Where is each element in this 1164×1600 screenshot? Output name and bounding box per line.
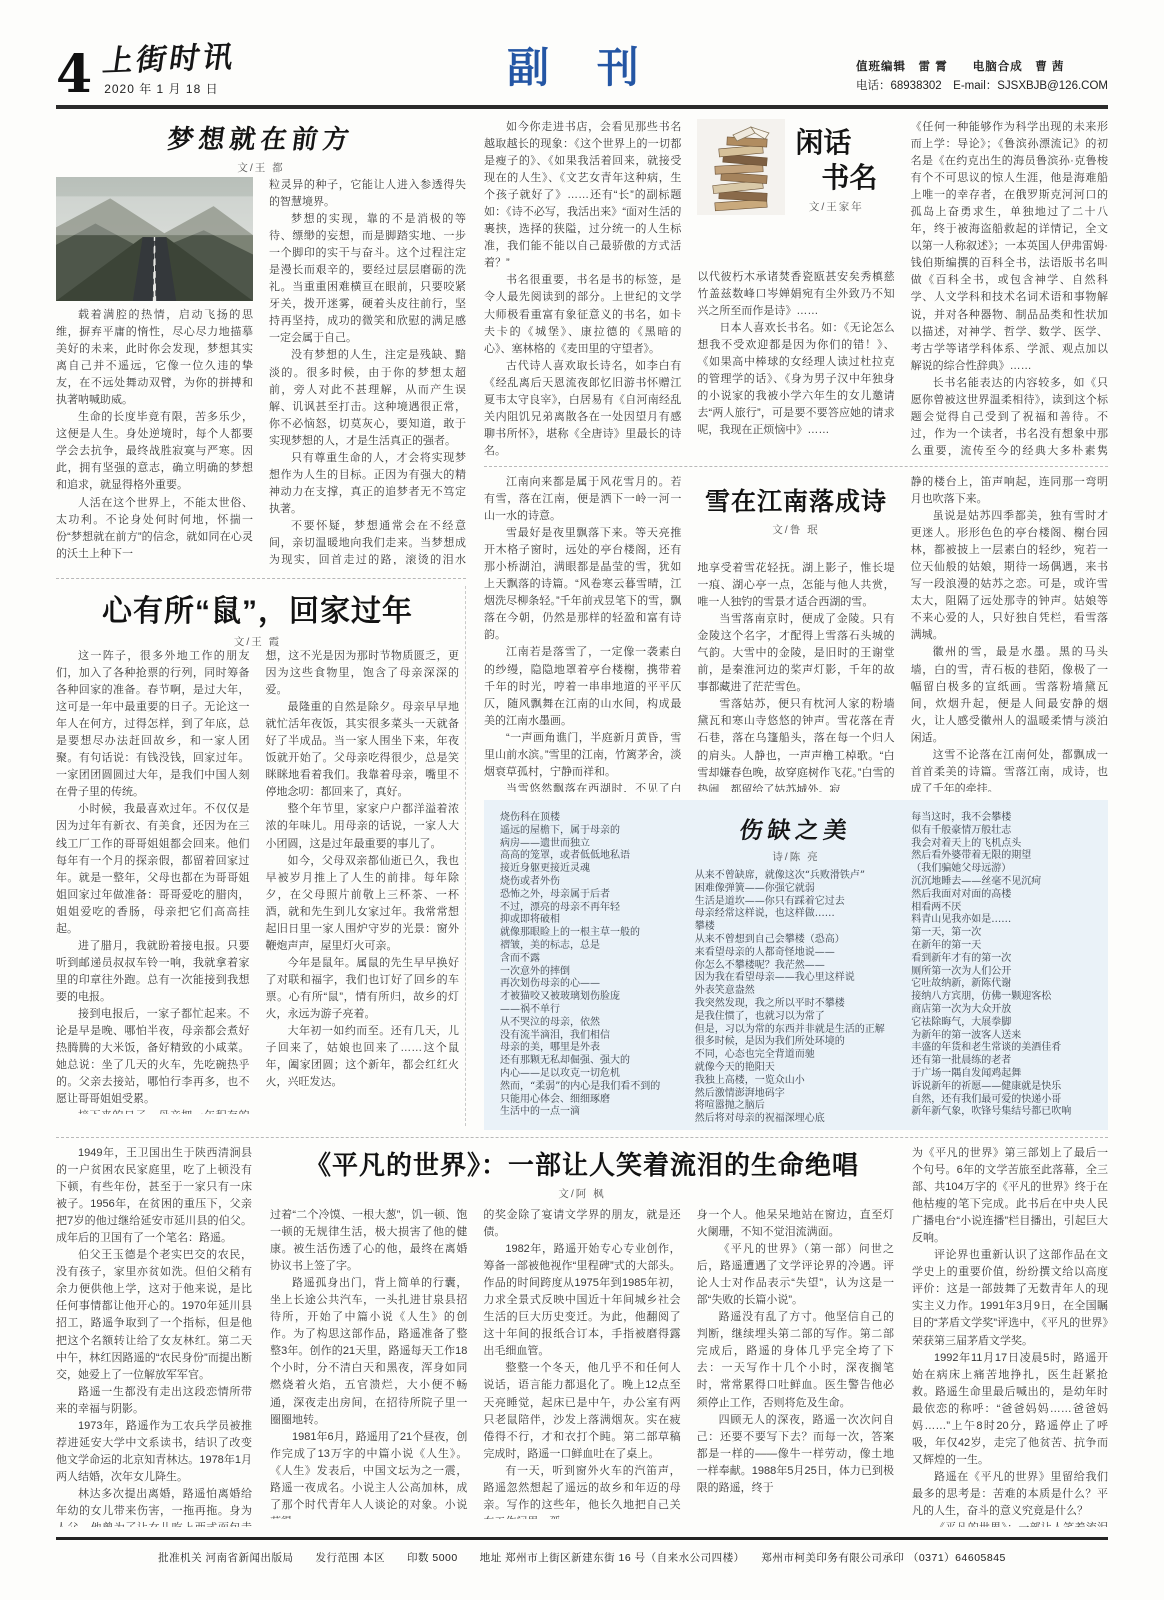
paragraph: 当雪悠然飘落在西湖时，不见了白娘子的伞，孤山、白堤都披上了银装。此刻最宜学一回古… [484,781,681,792]
dream-body: 载着满腔的热情，启动飞扬的思维，摒弃平庸的惰性，尽心尽力地描摹美好的未来，此时你… [56,177,466,565]
paragraph: 在新年的第一天 [911,940,1092,953]
paragraph: 然而，“柔弱”的内心是我们看不到的 [500,1081,681,1094]
paragraph: 很多时候，是因为我们所处环境的 [695,1036,897,1049]
imprint-line: 批准机关 河南省新闻出版局 发行范围 本区 印数 5000 地址 郑州市上街区新… [56,1537,1108,1565]
paragraph: 生命的长度毕竟有限，苦多乐少，这便是人生。身处逆境时，每个人都要学会去抗争，最终… [56,409,253,494]
paragraph: 接近身躯更接近灵魂 [500,863,681,876]
paragraph: 这一阵子，很多外地工作的朋友们，加入了各种抢票的行列，同时筹备各种回家的准备。春… [56,648,250,801]
paragraph: 这雪不论落在江南何处，都飘成一首首柔美的诗篇。雪落江南，成诗，也成了千年的牵挂。 [911,747,1108,792]
paragraph: 想，这不光是因为那时节物质匮乏，更因为这些食物里，饱含了母亲深深的爱。 [266,648,460,699]
paragraph: 今年是鼠年。属鼠的先生早早换好了对联和福字，我们也订好了回乡的车票。心有所“鼠”… [266,955,460,1023]
article-dream: 梦想就在前方 文/王 都 [56,119,466,571]
paragraph: 还有那颗无私却倔强、强大的 [500,1055,681,1068]
paragraph: 将喧嚣抛之脑后 [695,1100,897,1113]
paragraph: 过着“二个冷馍、一根大葱”，饥一顿、饱一顿的无规律生活，极大损害了他的健康。被生… [270,1207,467,1275]
article-shuming: 如今你走进书店，会看见那些书名越取越长的现象：《这个世界上的一切都是瘦子的》、《… [484,119,1108,459]
paragraph: 粒灵异的种子，它能让人进入参透得失的智慧境界。 [269,177,466,211]
divider [56,578,466,579]
pingfan-center: 《平凡的世界》：一部让人笑着流泪的生命绝唱 文/阿 枫 过着“二个冷馍、一根大葱… [270,1145,894,1527]
poem-title: 伤缺之美 [738,812,855,845]
mouse-header: 心有所“鼠”，回家过年 文/王 霞 [56,586,459,648]
paragraph: 从来不曾缺席，就像这次“兵败滑铁卢” [695,870,897,883]
paragraph: 整个年节里，家家户户都洋溢着浓浓的年味儿。用母亲的话说，一家人大小团圆，这是过年… [266,801,460,852]
paragraph: 烧伤科在顶楼 [500,812,681,825]
paragraph: 的奖金除了宴请文学界的朋友，就是还债。 [483,1207,680,1241]
paragraph: 没有流半滴泪，我们相信 [500,1030,681,1043]
paragraph: 1981年6月，路遥用了21个昼夜，创作完成了13万字的中篇小说《人生》。《人生… [270,1429,467,1519]
paragraph: 不要怀疑，梦想通常会在不经意间，亲切温暖地向我们走来。当梦想成为现实，回首走过的… [269,518,466,565]
paragraph: 然后我面对对面的高楼 [911,889,1092,902]
pingfan-col-4: 身一个人。他呆呆地站在窗边，直至灯火阑珊，不知不觉泪流满面。《平凡的世界》（第一… [697,1207,894,1519]
shuming-byline: 文/王家年 [795,199,877,214]
paragraph: 然后激情澎湃地码字 [695,1088,897,1101]
page-number: 4 [56,53,92,97]
paragraph: 含而不露 [500,953,681,966]
paragraph: 然后看外婆带着无限的期望 [911,850,1092,863]
paragraph: 母亲的美，哪里是外表 [500,1042,681,1055]
paragraph: 整整一个冬天，他几乎不和任何人说话，语言能力都退化了。晚上12点至天亮睡觉，起床… [483,1360,680,1462]
paragraph: 厕所第一次为人们公开 [911,966,1092,979]
shuming-col-left: 如今你走进书店，会看见那些书名越取越长的现象：《这个世界上的一切都是瘦子的》、《… [484,119,681,459]
shuming-col-mid-text: 以代彼朽木承诸焚香瓷瓯甚安矣秀槙慈竹盖兹数峰口岑婵娟宛有尘外致乃不知兴之所至而作… [697,269,894,439]
paragraph: 书名很重要，书名是书的标签，是令人最先阅读到的部分。上世纪的文学大师极看重富有象… [484,272,681,357]
paragraph: 接纳八方宾朋，仿佛一颗迎客松 [911,991,1092,1004]
paragraph: 只有尊重生命的人，才会将实现梦想作为人生的目标。正因为有强大的精神动力在支撑，真… [269,450,466,518]
section-title: 副 刊 [507,35,657,95]
paragraph: 丰盛的年货和老生常谈的美酒佳肴 [911,1042,1092,1055]
paragraph: 接到电报后，一家子都忙起来。不论是早是晚、哪怕半夜，母亲都会煮好热腾腾的大米饭，… [56,1006,250,1108]
mouse-col-b: 想，这不光是因为那时节物质匮乏，更因为这些食物里，饱含了母亲深深的爱。最隆重的自… [266,648,460,1114]
paragraph: 路遥没有乱了方寸。他坚信自己的判断，继续埋头第二部的写作。第二部完成后，路遥的身… [697,1309,894,1411]
dream-col-2: 粒灵异的种子，它能让人进入参透得失的智慧境界。梦想的实现，靠的不是消极的等待、缥… [269,177,466,565]
paragraph: 江南若是落雪了，一定像一袭素白的纱缦，隐隐地罩着亭台楼榭，携带着千年的时光，哼着… [484,644,681,729]
paragraph: 恐怖之外，母亲属于后者 [500,889,681,902]
paragraph: 我独上高楼，一览众山小 [695,1075,897,1088]
paragraph: 以代彼朽木承诸焚香瓷瓯甚安矣秀槙慈竹盖兹数峰口岑婵娟宛有尘外致乃不知兴之所至而作… [697,269,894,320]
poem-header: 伤缺之美 诗/陈 亮 [695,812,897,864]
poem-col-2-text: 从来不曾缺席，就像这次“兵败滑铁卢”困难像弹簧——你强它就弱生活是道坎——你只有… [695,870,897,1126]
paragraph: ——祸不单行 [500,1004,681,1017]
pingfan-col-2: 过着“二个冷馍、一根大葱”，饥一顿、饱一顿的无规律生活，极大损害了他的健康。被生… [270,1207,467,1519]
paragraph: 但是，习以为常的东西并非就是生活的正解 [695,1024,897,1037]
dream-byline: 文/王 都 [56,160,466,175]
paragraph: 因为我在看望母亲——我心里这样说 [695,972,897,985]
pingfan-byline: 文/阿 枫 [270,1186,894,1201]
upper-band: 梦想就在前方 文/王 都 [56,119,1108,1130]
paragraph: 1973年，路遥作为工农兵学员被推荐进延安大学中文系读书，结识了改变他文学命运的… [56,1418,252,1486]
right-region: 如今你走进书店，会看见那些书名越取越长的现象：《这个世界上的一切都是瘦子的》、《… [484,119,1108,1130]
paragraph: 《平凡的世界》：一部让人笑着流泪的生命绝唱。 [912,1520,1108,1527]
paragraph: 路遥在《平凡的世界》里留给我们最多的思考是：苦难的本质是什么？平凡的人生，奋斗的… [912,1469,1108,1520]
paragraph: 地享受着雪花轻抚。湖上影子，惟长堤一痕、湖心亭一点，怎能与他人共赏，唯一人独钓的… [697,560,894,611]
paragraph: 1992年11月17日凌晨5时，路遥开始在病床上痛苦地挣扎，医生赶紧抢救。路遥生… [912,1350,1108,1469]
paragraph: 从来不曾想到自己会攀楼（恐高） [695,934,897,947]
shuming-title-line2: 书名 [821,160,877,195]
paragraph: 烧伤或者外伤 [500,876,681,889]
paragraph: 不过，漂亮的母亲不再年轻 [500,902,681,915]
paragraph: 于广场一隅自发闻鸡起舞 [911,1068,1092,1081]
shuming-title-line1: 闲话 [795,125,877,160]
paragraph: 病房——遗世而独立 [500,838,681,851]
paragraph: 进了腊月，我就盼着接电报。只要听到邮递员叔叔车铃一响，我就拿着家里的印章往外跑。… [56,938,250,1006]
snow-byline: 文/鲁 珉 [697,522,894,537]
shuming-header: 闲话 书名 文/王家年 [697,119,894,269]
contact-line: 电话：68938302 E-mail：SJSXBJB@126.COM [856,77,1108,97]
paragraph: 只能用心体会、细细琢磨 [500,1094,681,1107]
paragraph: 我会对着天上的飞机点头 [911,838,1092,851]
paragraph: 是我住惯了，也就习以为常了 [695,1011,897,1024]
paragraph: （我们骗她父母远游） [911,863,1092,876]
paragraph: 如今你走进书店，会看见那些书名越取越长的现象：《这个世界上的一切都是瘦子的》、《… [484,119,681,272]
paragraph: 然后将对母亲的祝福深埋心底 [695,1113,897,1126]
paragraph: 料青山见我亦如是…… [911,914,1092,927]
poem-box: 烧伤科在顶楼遥远的屋檐下，属于母亲的病房——遗世而独立高高的笼罩，或者低低地私语… [484,800,1108,1130]
paragraph: 1949年，王卫国出生于陕西清涧县的一户贫困农民家庭里，吃了上顿没有下顿，有些年… [56,1145,252,1247]
pingfan-col-5: 为《平凡的世界》第三部划上了最后一个句号。6年的文学苦旅至此落幕，全三部、共10… [912,1145,1108,1527]
paragraph: 它祛除晦气，大展拳脚 [911,1017,1092,1030]
paragraph: 外表笑意盎然 [695,985,897,998]
paragraph: 再次划伤母亲的心—— [500,978,681,991]
pingfan-col-3: 的奖金除了宴请文学界的朋友，就是还债。1982年，路遥开始专心专业创作，筹备一部… [483,1207,680,1519]
paragraph: 内心——足以攻克一切危机 [500,1068,681,1081]
paragraph: 伯父王玉德是个老实巴交的农民，没有孩子，家里亦贫如洗。但伯父稍有余力便供他上学，… [56,1247,252,1383]
paragraph: 母亲经常这样说，也这样做…… [695,908,897,921]
paragraph: 《平凡的世界》（第一部）问世之后，路遥遭遇了文学评论界的冷遇。评论人士对作品表示… [697,1241,894,1309]
snow-col-1: 江南向来都是属于风花雪月的。若有雪，落在江南，便是洒下一岭一河一山一水的诗意。雪… [484,474,681,792]
paragraph: 新年新气象，吹锋号集结号都已吹响 [911,1106,1092,1119]
pingfan-title: 《平凡的世界》：一部让人笑着流泪的生命绝唱 [270,1145,894,1182]
pingfan-col-1: 1949年，王卫国出生于陕西清涧县的一户贫困农民家庭里，吃了上顿没有下顿，有些年… [56,1145,252,1527]
paragraph: 日本人喜欢长书名。如：《无论怎么想我不受欢迎都是因为你们的错！》、《如果高中棒球… [697,320,894,439]
paragraph: 有一天，听到窗外火车的汽笛声，路遥忽然想起了遥远的故乡和年迈的母亲。写作的这些年… [483,1463,680,1519]
dream-col1-text: 载着满腔的热情，启动飞扬的思维，摒弃平庸的惰性，尽心尽力地描摹美好的未来，此时你… [56,307,253,563]
paragraph: 攀楼 [695,921,897,934]
paragraph: 困难像弹簧——你强它就弱 [695,883,897,896]
snow-header: 雪在江南落成诗 文/鲁 珉 [697,474,894,560]
paragraph: 静的楼台上，笛声响起，连同那一弯明月也吹落下来。 [911,474,1108,508]
paragraph: 商店第一次为大众开放 [911,1004,1092,1017]
shuming-col-right: 《任何一种能够作为科学出现的未来形而上学：导论》；《鲁滨孙漂流记》的初名是《在约… [911,119,1108,459]
paragraph: 还有第一批晨练的老者 [911,1055,1092,1068]
paragraph: 长书名能表达的内容较多，如《只愿你曾被这世界温柔相待》，读到这个标题会觉得自己受… [911,375,1108,459]
dream-title: 梦想就在前方 [165,119,356,156]
snow-col-3: 静的楼台上，笛声响起，连同那一弯明月也吹落下来。虽说是姑苏四季都美，独有雪时才更… [911,474,1108,792]
paragraph: 它吐故纳新，新陈代谢 [911,978,1092,991]
paragraph: 来看望母亲的人都奇怪地说—— [695,947,897,960]
paragraph: 小时候，我最喜欢过年。不仅仅是因为过年有新衣、有美食，还因为在三线工厂工作的哥哥… [56,801,250,937]
paragraph: 才被猫咬又被玻璃划伤脸庞 [500,991,681,1004]
books-photo [697,119,785,215]
pingfan-header: 《平凡的世界》：一部让人笑着流泪的生命绝唱 文/阿 枫 [270,1145,894,1207]
paragraph: 梦想的实现，靠的不是消极的等待、缥缈的妄想，而是脚踏实地、一步一个脚印的实干与奋… [269,211,466,347]
left-region: 梦想就在前方 文/王 都 [56,119,466,1130]
snow-col-2-text: 地享受着雪花轻抚。湖上影子，惟长堤一痕、湖心亭一点，怎能与他人共赏，唯一人独钓的… [697,560,894,792]
paragraph: “一声画角谯门，半庭新月黄昏，雪里山前水滨。”雪里的江南，竹篱茅舍，淡烟衰草孤村… [484,730,681,781]
masthead-group: 上街时讯 2020 年 1 月 18 日 [104,34,236,97]
divider [56,1137,1108,1138]
paragraph: 为新年的第一波客人送来 [911,1030,1092,1043]
lower-band: 1949年，王卫国出生于陕西清涧县的一户贫困农民家庭里，吃了上顿没有下顿，有些年… [56,1137,1108,1527]
newspaper-page: 4 上街时讯 2020 年 1 月 18 日 副 刊 值班编辑 雷 霄 电脑合成… [0,0,1164,1600]
poem-col-1: 烧伤科在顶楼遥远的屋檐下，属于母亲的病房——遗世而独立高高的笼罩，或者低低地私语… [500,812,681,1126]
paragraph: 路遥孤身出门，背上简单的行囊，坐上长途公共汽车，一头扎进甘泉县招待所，开始了中篇… [270,1275,467,1428]
mouse-title: 心有所“鼠”，回家过年 [56,586,459,630]
paragraph: 诉说新年的祈愿——健康就是快乐 [911,1081,1092,1094]
paragraph: 看到新年才有的第一次 [911,953,1092,966]
staff-line: 值班编辑 雷 霄 电脑合成 曹 茜 [856,58,1108,78]
shuming-col-mid: 闲话 书名 文/王家年 以代彼朽木承诸焚香瓷瓯甚安矣秀槙慈竹盖兹数峰口岑婵娟宛有… [697,119,894,459]
paragraph: 一次意外的摔倒 [500,966,681,979]
poem-col-3: 每当这时，我不会攀楼似有千般豪情万般壮志我会对着天上的飞机点头然后看外婆带着无限… [911,812,1092,1126]
paragraph: 没有梦想的人生，注定是残缺、黯淡的。很多时候，由于你的梦想太超前，旁人对此不甚理… [269,347,466,449]
paragraph: 身一个人。他呆呆地站在窗边，直至灯火阑珊，不知不觉泪流满面。 [697,1207,894,1241]
article-pingfan: 1949年，王卫国出生于陕西清涧县的一户贫困农民家庭里，吃了上顿没有下顿，有些年… [56,1145,1108,1527]
paragraph: 四顾无人的深夜，路遥一次次问自己：还要不要写下去？而每一次，答案都是一样的——像… [697,1412,894,1497]
masthead-block: 4 上街时讯 2020 年 1 月 18 日 [56,34,236,97]
paragraph: 生活是道坎——你只有踩着它过去 [695,896,897,909]
paragraph: 生活中的一点一滴 [500,1106,681,1119]
paragraph: 就像今天的艳阳天 [695,1062,897,1075]
dream-header: 梦想就在前方 文/王 都 [56,119,466,177]
pingfan-center-cols: 过着“二个冷馍、一根大葱”，饥一顿、饱一顿的无规律生活，极大损害了他的健康。被生… [270,1207,894,1519]
paragraph: 路遥一生都没有走出这段恋情所带来的幸福与阴影。 [56,1384,252,1418]
poem-byline: 诗/陈 亮 [695,849,897,864]
paragraph: 大年初一如约而至。还有几天，儿子回来了，姑娘也回来了……这个鼠年，阖家团圆；这个… [266,1023,460,1091]
shuming-title: 闲话 书名 文/王家年 [795,119,877,269]
paragraph: 不同，心态也完全背道而驰 [695,1049,897,1062]
paragraph: 评论界也重新认识了这部作品在文学史上的重要价值，纷纷撰文给以高度评价：这是一部鼓… [912,1247,1108,1349]
paragraph: 1982年，路遥开始专心专业创作，筹备一部被他视作“里程碑”式的大部头。作品的时… [483,1241,680,1360]
dream-col-1: 载着满腔的热情，启动飞扬的思维，摒弃平庸的惰性，尽心尽力地描摹美好的未来，此时你… [56,177,253,565]
page-header: 4 上街时讯 2020 年 1 月 18 日 副 刊 值班编辑 雷 霄 电脑合成… [56,34,1108,109]
paragraph: 相看两不厌 [911,902,1092,915]
paragraph: 遥远的屋檐下，属于母亲的 [500,825,681,838]
paragraph: 高高的笼罩，或者低低地私语 [500,850,681,863]
paragraph: 你怎么不攀楼呢？我茫然—— [695,960,897,973]
mouse-body: 这一阵子，很多外地工作的朋友们，加入了各种抢票的行列，同时筹备各种回家的准备。春… [56,648,459,1114]
paragraph: 接下来的日子，母亲把一年积存的肉蛋变着花样做。时光荏苒，那些吃食的味道，哥哥姐姐… [56,1108,250,1114]
paragraph: 抑或即将破相 [500,914,681,927]
mouse-col-a: 这一阵子，很多外地工作的朋友们，加入了各种抢票的行列，同时筹备各种回家的准备。春… [56,648,250,1114]
paragraph: 当雪落南京时，便成了金陵。只有金陵这个名字，才配得上雪落石头城的气韵。大雪中的金… [697,611,894,696]
paragraph: 载着满腔的热情，启动飞扬的思维，摒弃平庸的惰性，尽心尽力地描摹美好的未来，此时你… [56,307,253,409]
poem-col-2: 伤缺之美 诗/陈 亮 从来不曾缺席，就像这次“兵败滑铁卢”困难像弹簧——你强它就… [695,812,897,1126]
paragraph: 从不哭泣的母亲，依然 [500,1017,681,1030]
paragraph: 林达多次提出离婚，路遥怕离婚给年幼的女儿带来伤害，一拖再拖。身为人父，他曾为了让… [56,1486,252,1527]
paragraph: 古代诗人喜欢取长诗名，如李白有《经乱离后天恩流夜郎忆旧游书怀赠江夏韦太守良宰》，… [484,358,681,459]
road-photo [56,177,253,301]
paragraph: 沉沉地睡去——丝毫不见沉疴 [911,876,1092,889]
staff-box: 值班编辑 雷 霄 电脑合成 曹 茜 电话：68938302 E-mail：SJS… [856,58,1108,97]
article-mouse: 心有所“鼠”，回家过年 文/王 霞 这一阵子，很多外地工作的朋友们，加入了各种抢… [56,586,466,1126]
article-snow: 江南向来都是属于风花雪月的。若有雪，落在江南，便是洒下一岭一河一山一水的诗意。雪… [484,474,1108,792]
paragraph: 似有千般豪情万般壮志 [911,825,1092,838]
paragraph: 《任何一种能够作为科学出现的未来形而上学：导论》；《鲁滨孙漂流记》的初名是《在约… [911,119,1108,375]
paragraph: 最隆重的自然是除夕。母亲早早地就忙活年夜饭，其实很多菜头一天就备好了半成品。当一… [266,699,460,801]
paragraph: 雪落姑苏，便只有枕河人家的粉墙黛瓦和寒山寺悠悠的钟声。雪花落在青石巷，落在乌篷船… [697,696,894,792]
paragraph: 每当这时，我不会攀楼 [911,812,1092,825]
paragraph: 第一天，第一次 [911,927,1092,940]
issue-date: 2020 年 1 月 18 日 [104,80,236,97]
snow-col-2: 雪在江南落成诗 文/鲁 珉 地享受着雪花轻抚。湖上影子，惟长堤一痕、湖心亭一点，… [697,474,894,792]
paragraph: 江南向来都是属于风花雪月的。若有雪，落在江南，便是洒下一岭一河一山一水的诗意。 [484,474,681,525]
snow-title: 雪在江南落成诗 [697,482,894,518]
paragraph: 虽说是姑苏四季都美，独有雪时才更迷人。形形色色的亭台楼阁、榭台园林，都被披上一层… [911,508,1108,644]
paragraph: 徽州的雪，最是水墨。黑的马头墙，白的雪，青石板的巷陌，像极了一幅留白极多的宣纸画… [911,644,1108,746]
paragraph: 我突然发现，我之所以平时不攀楼 [695,998,897,1011]
paragraph: 雪最好是夜里飘落下来。等天亮推开木格子窗时，远处的亭台楼阁，还有那小桥湖泊，满眼… [484,525,681,644]
paragraph: 就像那眼睑上的一根主草一般的 [500,927,681,940]
mouse-byline: 文/王 霞 [56,634,459,649]
paragraph: 自然，还有我们最可爱的快递小哥 [911,1094,1092,1107]
paragraph: 褶皱，美的标志，总是 [500,940,681,953]
divider [484,466,1108,467]
masthead: 上街时讯 [101,32,240,81]
paragraph: 为《平凡的世界》第三部划上了最后一个句号。6年的文学苦旅至此落幕，全三部、共10… [912,1145,1108,1247]
paragraph: 人活在这个世界上，不能太世俗、太功利。不论身处何时何地，怀揣一份“梦想就在前方”… [56,495,253,563]
paragraph: 如今，父母双亲都仙逝已久，我也早被岁月推上了人生的前排。每年除夕，在父母照片前敬… [266,853,460,955]
